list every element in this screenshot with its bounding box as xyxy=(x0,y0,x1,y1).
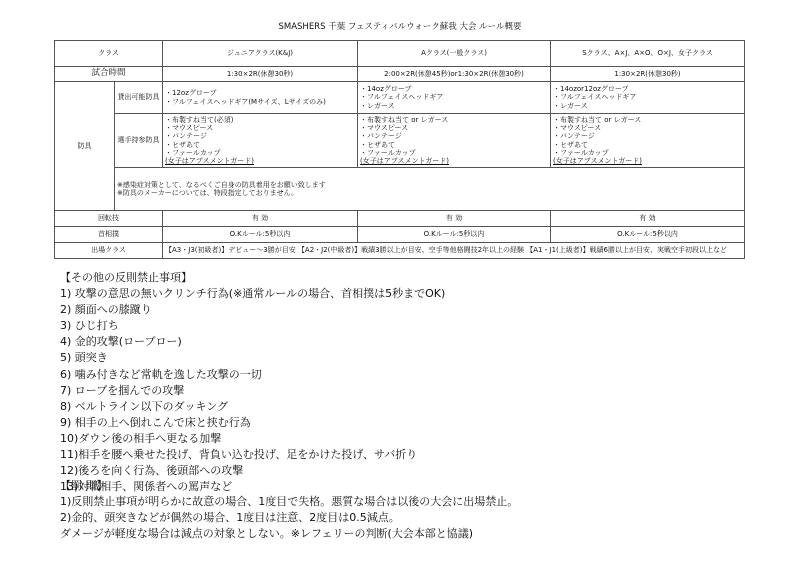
penalties-heading: 【罰 則】 xyxy=(60,478,518,494)
a-class-match-time: 2:00×2R(休憩45秒)or1:30×2R(休憩30秒) xyxy=(358,67,551,82)
foul-item: 6) 噛み付きなど常軌を逸した攻撃の一切 xyxy=(60,367,445,383)
penalties-section: 【罰 則】 1)反則禁止事項が明らかに故意の場合、1度目で失格。悪質な場合は以後… xyxy=(60,478,518,542)
match-time-row: 試合時間 1:30×2R(休憩30秒) 2:00×2R(休憩45秒)or1:30… xyxy=(55,67,745,82)
s-class-spinning: 有 効 xyxy=(551,211,745,227)
gear-notes-row: ※感染症対策として、なるべくご自身の防具着用をお願い致します ※防具のメーカーに… xyxy=(55,168,745,211)
fouls-heading: 【その他の反則禁止事項】 xyxy=(60,270,445,286)
rental-gear-label: 貸出可能防具 xyxy=(115,82,163,114)
rental-gear-row: 防具 貸出可能防具 ・12ozグローブ ・フルフェイスヘッドギア(Mサイズ、Lサ… xyxy=(55,82,745,114)
foul-item: 5) 頭突き xyxy=(60,350,445,366)
s-class-clinch: O.Kルール:5秒以内 xyxy=(551,227,745,243)
clinch-row: 首相撲 O.Kルール:5秒以内 O.Kルール:5秒以内 O.Kルール:5秒以内 xyxy=(55,227,745,243)
junior-own-gear: ・布製すね当て(必須) ・マウスピース ・バンテージ ・ヒザあて ・ファールカッ… xyxy=(163,114,358,168)
penalty-item: ダメージが軽度な場合は減点の対象としない。※レフェリーの判断(大会本部と協議) xyxy=(60,526,518,542)
junior-class-header: ジュニアクラス(K&J) xyxy=(163,41,358,67)
clinch-label: 首相撲 xyxy=(55,227,163,243)
penalty-item: 1)反則禁止事項が明らかに故意の場合、1度目で失格。悪質な場合は以後の大会に出場… xyxy=(60,494,518,510)
junior-spinning: 有 効 xyxy=(163,211,358,227)
gear-notes: ※感染症対策として、なるべくご自身の防具着用をお願い致します ※防具のメーカーに… xyxy=(115,168,745,211)
a-class-rental-gear: ・14ozグローブ ・フルフェイスヘッドギア ・レガース xyxy=(358,82,551,114)
s-class-own-gear: ・布製すね当て or レガース ・マウスピース ・バンテージ ・ヒザあて ・ファ… xyxy=(551,114,745,168)
foul-item: 12)後ろを向く行為、後頭部への攻撃 xyxy=(60,463,445,479)
foul-item: 10)ダウン後の相手へ更なる加撃 xyxy=(60,431,445,447)
junior-rental-gear: ・12ozグローブ ・フルフェイスヘッドギア(Mサイズ、Lサイズのみ) xyxy=(163,82,358,114)
junior-match-time: 1:30×2R(休憩30秒) xyxy=(163,67,358,82)
s-class-header: Sクラス、A×J、A×O、O×J、女子クラス xyxy=(551,41,745,67)
document-title: SMASHERS 千葉 フェスティバルウォーク蘇我 大会 ルール概要 xyxy=(0,20,800,32)
foul-item: 2) 顔面への膝蹴り xyxy=(60,302,445,318)
spinning-row: 回転技 有 効 有 効 有 効 xyxy=(55,211,745,227)
s-class-rental-gear: ・14ozor12ozグローブ ・フルフェイスヘッドギア ・レガース xyxy=(551,82,745,114)
class-label: クラス xyxy=(55,41,163,67)
entry-class-label: 出場クラス xyxy=(55,243,163,259)
match-time-label: 試合時間 xyxy=(55,67,163,82)
rules-table: クラス ジュニアクラス(K&J) Aクラス(一般クラス) Sクラス、A×J、A×… xyxy=(54,40,745,259)
class-header-row: クラス ジュニアクラス(K&J) Aクラス(一般クラス) Sクラス、A×J、A×… xyxy=(55,41,745,67)
foul-item: 9) 相手の上へ倒れこんで床と挟む行為 xyxy=(60,415,445,431)
foul-item: 3) ひじ打ち xyxy=(60,318,445,334)
a-class-spinning: 有 効 xyxy=(358,211,551,227)
gear-label: 防具 xyxy=(55,82,115,211)
foul-item: 8) ベルトライン以下のダッキング xyxy=(60,399,445,415)
junior-clinch: O.Kルール:5秒以内 xyxy=(163,227,358,243)
own-gear-row: 選手持参防具 ・布製すね当て(必須) ・マウスピース ・バンテージ ・ヒザあて … xyxy=(55,114,745,168)
foul-item: 7) ロープを掴んでの攻撃 xyxy=(60,383,445,399)
penalty-item: 2)金的、頭突きなどが偶然の場合、1度目は注意、2度目は0.5減点。 xyxy=(60,510,518,526)
foul-item: 1) 攻撃の意思の無いクリンチ行為(※通常ルールの場合、首相撲は5秒までOK) xyxy=(60,286,445,302)
foul-item: 11)相手を腰へ乗せた投げ、背負い込む投げ、足をかけた投げ、サバ折り xyxy=(60,447,445,463)
spinning-label: 回転技 xyxy=(55,211,163,227)
s-class-match-time: 1:30×2R(休憩30秒) xyxy=(551,67,745,82)
a-class-clinch: O.Kルール:5秒以内 xyxy=(358,227,551,243)
own-gear-label: 選手持参防具 xyxy=(115,114,163,168)
entry-class-row: 出場クラス 【A3・J3(初級者)】デビュー〜3勝が目安 【A2・J2(中級者)… xyxy=(55,243,745,259)
a-class-header: Aクラス(一般クラス) xyxy=(358,41,551,67)
a-class-own-gear: ・布製すね当て or レガース ・マウスピース ・バンテージ ・ヒザあて ・ファ… xyxy=(358,114,551,168)
fouls-section: 【その他の反則禁止事項】 1) 攻撃の意思の無いクリンチ行為(※通常ルールの場合… xyxy=(60,270,445,495)
foul-item: 4) 金的攻撃(ローブロー) xyxy=(60,334,445,350)
entry-class-value: 【A3・J3(初級者)】デビュー〜3勝が目安 【A2・J2(中級者)】戦績3勝以… xyxy=(163,243,745,259)
